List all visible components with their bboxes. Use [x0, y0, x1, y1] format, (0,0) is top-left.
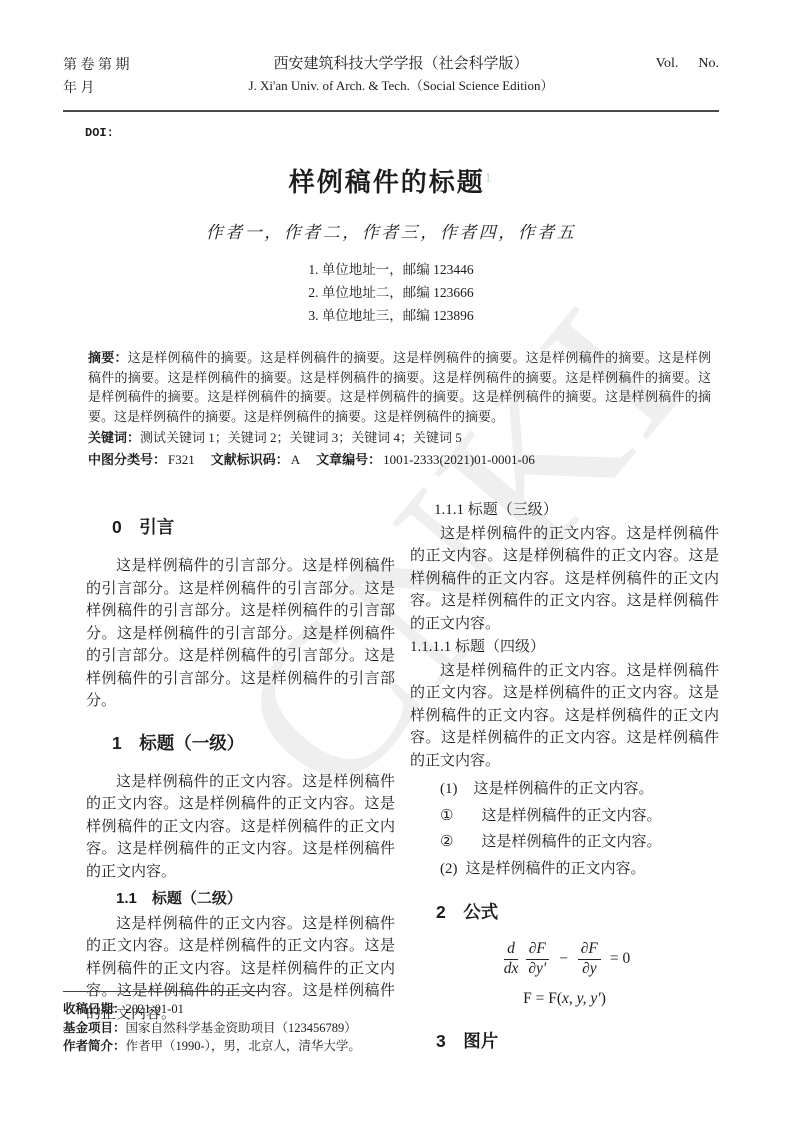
no-label: No. [698, 56, 719, 72]
fraction: ∂F∂y′ [525, 940, 549, 978]
received-date-value: 2021-01-01 [126, 1002, 184, 1016]
equation-rhs: = 0 [610, 948, 630, 971]
affiliation-item: 3. 单位地址三，邮编 123896 [63, 304, 719, 327]
list-item: ②这是样例稿件的正文内容。 [410, 829, 719, 856]
journal-title-en: J. Xi'an Univ. of Arch. & Tech.（Social S… [193, 75, 609, 96]
doc-code-label: 文献标识码： [211, 452, 289, 467]
doi-label: DOI: [85, 126, 719, 140]
affiliations: 1. 单位地址一，邮编 123446 2. 单位地址二，邮编 123666 3.… [63, 258, 719, 327]
list-marker: ① [440, 803, 453, 830]
footnotes: 收稿日期：2021-01-01 基金项目：国家自然科学基金资助项目（123456… [63, 991, 361, 1056]
body-columns: 0 引言 这是样例稿件的引言部分。这是样例稿件的引言部分。这是样例稿件的引言部分… [86, 499, 719, 1069]
list-item: (2)这是样例稿件的正文内容。 [410, 856, 719, 883]
header-right: Vol. No. [609, 54, 719, 72]
article-meta: 摘要：这是样例稿件的摘要。这是样例稿件的摘要。这是样例稿件的摘要。这是样例稿件的… [88, 348, 711, 469]
section-heading-level4: 1.1.1.1 标题（四级） [410, 636, 719, 659]
list-item: ①这是样例稿件的正文内容。 [410, 803, 719, 830]
list-marker: (2) [440, 856, 458, 883]
affiliation-item: 2. 单位地址二，邮编 123666 [63, 281, 719, 304]
journal-header: 第 卷 第 期 年 月 西安建筑科技大学学报（社会科学版） J. Xi'an U… [63, 54, 719, 112]
authors-line: 作者一，作者二，作者三，作者四，作者五 [63, 218, 719, 243]
vol-label: Vol. [656, 56, 679, 72]
article-title: 样例稿件的标题1 [63, 162, 719, 199]
list-marker: (1) [440, 776, 458, 803]
author-bio-value: 作者甲（1990-），男，北京人，清华大学。 [126, 1039, 361, 1053]
header-center: 西安建筑科技大学学报（社会科学版） J. Xi'an Univ. of Arch… [193, 54, 609, 96]
journal-title-cn: 西安建筑科技大学学报（社会科学版） [193, 54, 609, 75]
numbered-list: (1)这是样例稿件的正文内容。 ①这是样例稿件的正文内容。 ②这是样例稿件的正文… [410, 776, 719, 882]
section-heading-level3: 1.1.1 标题（三级） [410, 499, 719, 522]
section-heading-intro: 0 引言 [86, 515, 395, 539]
body-paragraph: 这是样例稿件的正文内容。这是样例稿件的正文内容。这是样例稿件的正文内容。这是样例… [410, 523, 719, 636]
right-column: 1.1.1 标题（三级） 这是样例稿件的正文内容。这是样例稿件的正文内容。这是样… [410, 499, 719, 1069]
clc-value: F321 [168, 452, 195, 467]
body-paragraph: 这是样例稿件的正文内容。这是样例稿件的正文内容。这是样例稿件的正文内容。这是样例… [410, 660, 719, 773]
formula-function-def: F = F(x, y, y′) [410, 988, 719, 1011]
volume-issue-cn: 第 卷 第 期 [63, 54, 193, 77]
affiliation-item: 1. 单位地址一，邮编 123446 [63, 258, 719, 281]
footnote-separator [63, 991, 265, 992]
list-text: 这是样例稿件的正文内容。 [481, 803, 661, 830]
abstract-label: 摘要： [88, 350, 128, 365]
doc-code-value: A [291, 452, 300, 467]
minus-operator: − [558, 948, 568, 971]
received-date-line: 收稿日期：2021-01-01 [63, 1000, 361, 1019]
list-text: 这是样例稿件的正文内容。 [466, 856, 646, 883]
list-item: (1)这是样例稿件的正文内容。 [410, 776, 719, 803]
author-bio-label: 作者简介： [63, 1039, 126, 1053]
keywords: 关键词：测试关键词 1；关键词 2；关键词 3；关键词 4；关键词 5 [88, 428, 711, 448]
author-bio-line: 作者简介：作者甲（1990-），男，北京人，清华大学。 [63, 1037, 361, 1056]
section-heading-level1: 1 标题（一级） [86, 731, 395, 755]
section-heading-level2: 1.1 标题（二级） [86, 888, 395, 911]
intro-paragraph: 这是样例稿件的引言部分。这是样例稿件的引言部分。这是样例稿件的引言部分。这是样例… [86, 555, 395, 713]
article-id-label: 文章编号： [316, 452, 381, 467]
fund-label: 基金项目： [63, 1021, 126, 1035]
fund-line: 基金项目：国家自然科学基金资助项目（123456789） [63, 1019, 361, 1038]
abstract: 摘要：这是样例稿件的摘要。这是样例稿件的摘要。这是样例稿件的摘要。这是样例稿件的… [88, 348, 711, 426]
fraction: ddx [501, 940, 522, 978]
received-date-label: 收稿日期： [63, 1002, 126, 1016]
list-text: 这是样例稿件的正文内容。 [481, 829, 661, 856]
formula-euler-lagrange: ddx ∂F∂y′ − ∂F∂y = 0 [410, 940, 719, 978]
title-footnote-marker: 1 [485, 169, 494, 184]
article-id-value: 1001-2333(2021)01-0001-06 [383, 452, 535, 467]
body-paragraph: 这是样例稿件的正文内容。这是样例稿件的正文内容。这是样例稿件的正文内容。这是样例… [86, 771, 395, 884]
header-left: 第 卷 第 期 年 月 [63, 54, 193, 100]
page-content: 第 卷 第 期 年 月 西安建筑科技大学学报（社会科学版） J. Xi'an U… [0, 0, 794, 1069]
classification-line: 中图分类号：F321文献标识码：A文章编号：1001-2333(2021)01-… [88, 450, 711, 470]
list-text: 这是样例稿件的正文内容。 [474, 776, 654, 803]
clc-label: 中图分类号： [88, 452, 166, 467]
date-cn: 年 月 [63, 77, 193, 100]
page: CNKI 第 卷 第 期 年 月 西安建筑科技大学学报（社会科学版） J. Xi… [0, 0, 794, 1123]
keywords-text: 测试关键词 1；关键词 2；关键词 3；关键词 4；关键词 5 [140, 430, 462, 445]
fraction: ∂F∂y [578, 940, 601, 978]
left-column: 0 引言 这是样例稿件的引言部分。这是样例稿件的引言部分。这是样例稿件的引言部分… [86, 499, 395, 1069]
section-heading-figure: 3 图片 [410, 1029, 719, 1053]
fund-value: 国家自然科学基金资助项目（123456789） [126, 1021, 357, 1035]
keywords-label: 关键词： [88, 430, 140, 445]
list-marker: ② [440, 829, 453, 856]
abstract-text: 这是样例稿件的摘要。这是样例稿件的摘要。这是样例稿件的摘要。这是样例稿件的摘要。… [88, 350, 711, 424]
section-heading-formula: 2 公式 [410, 900, 719, 924]
